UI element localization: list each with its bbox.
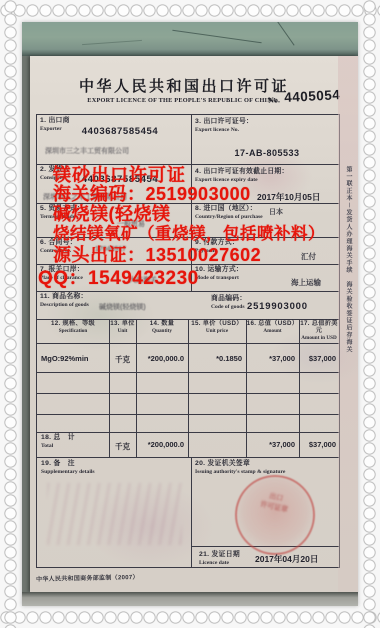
scalloped-border-left (3, 0, 18, 628)
overlay-line-qq: QQ：1549423230 (38, 263, 199, 290)
screenshot-root: 中华人民共和国出口许可证 EXPORT LICENCE OF THE PEOPL… (0, 0, 380, 628)
licence-photo: 中华人民共和国出口许可证 EXPORT LICENCE OF THE PEOPL… (22, 22, 358, 606)
red-overlay-text: 镁砂出口许可证 海关编码：2519903000 碱烧镁(轻烧镁 烧结镁氧矿（重烧… (22, 22, 358, 606)
scalloped-border-top (0, 3, 380, 18)
scalloped-border-bottom (0, 610, 380, 625)
scalloped-border-right (362, 0, 377, 628)
